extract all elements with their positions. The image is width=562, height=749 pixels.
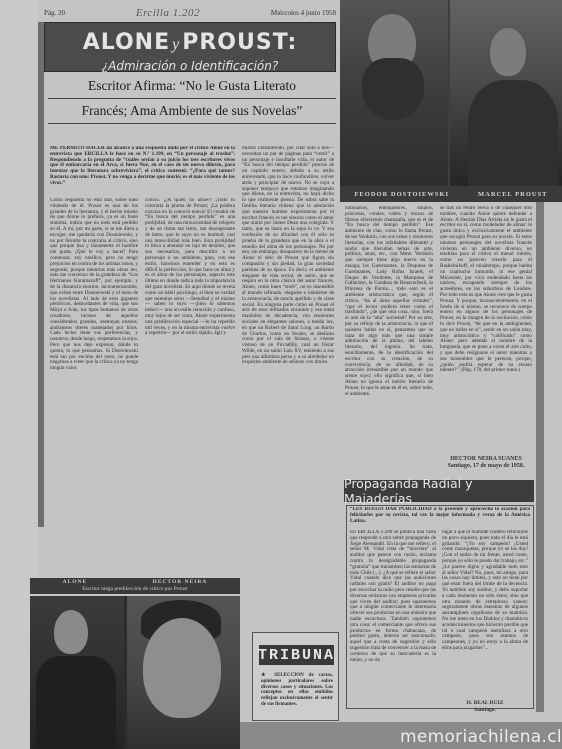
column-rule xyxy=(38,22,44,527)
caption-proust: MARCEL PROUST xyxy=(478,191,548,198)
portrait-photos-top xyxy=(340,0,562,186)
headline-banner: ALONEyPROUST: ¿Admiración o Identificaci… xyxy=(44,22,336,72)
face-shape xyxy=(490,28,526,76)
column-rule-right xyxy=(536,202,544,712)
jacket-shape xyxy=(468,80,558,186)
issue-date: Miércoles 4 junio 1958 xyxy=(271,9,336,17)
watermark: memoriachilena.cl xyxy=(400,727,562,747)
caption-alone: ALONE xyxy=(63,579,88,586)
subheadline-line-2: Francés; Ama Ambiente de sus Novelas” xyxy=(48,99,336,124)
article-column-1: Como respuesta no está mal, sobre todo v… xyxy=(50,198,138,525)
signature-date: Santiago, 17 de mayo de 1958. xyxy=(440,463,532,470)
proust-photo xyxy=(450,0,562,186)
beard-shape xyxy=(362,58,424,120)
alone-photo xyxy=(30,596,124,749)
article-signature: HECTOR NEIRA SUANES Santiago, 17 de mayo… xyxy=(440,456,532,470)
handwritten-issue-note: Ercilla 1.202 xyxy=(136,7,200,19)
tribuna-box: TRIBUNA ★ SELECCION de cartas, opiniones… xyxy=(252,632,339,721)
article-column-2: concio. ¡¿A quién no atrae?! ¡Todo lo co… xyxy=(145,198,235,525)
headline-question: ¿Admiración o Identificación? xyxy=(45,59,335,73)
propaganda-column-2: lugar a que el humilde cordero reflexion… xyxy=(442,530,528,680)
subheadline: Escritor Afirma: “No le Gusta Literato F… xyxy=(48,74,336,124)
subheadline-line-1: Escritor Afirma: “No le Gusta Literato xyxy=(48,74,336,99)
page-header: Pág. 20 Ercilla 1.202 Miércoles 4 junio … xyxy=(44,6,336,20)
article-intro: ME PERMITO HACER un alcance a una respue… xyxy=(50,146,235,198)
tribuna-title: TRIBUNA xyxy=(259,645,334,665)
face-shape xyxy=(143,618,221,718)
caption-text: Escritor niega predilección de crítico p… xyxy=(30,586,240,593)
caption-dostoiewski: FEODOR DOSTOIEWSKI xyxy=(354,191,449,198)
portrait-photos-bottom xyxy=(30,596,240,749)
caption-hector-neira: HECTOR NEIRA xyxy=(153,579,208,586)
headline-title: ALONEyPROUST: xyxy=(45,23,335,59)
suit-shape xyxy=(36,656,116,749)
face-shape xyxy=(54,610,88,654)
tribuna-disclaimer: ★ SELECCION de cartas, opiniones particu… xyxy=(261,673,333,719)
article-column-4: nobiliarios, embajadores, duques, prince… xyxy=(345,206,433,442)
article-column-3: mismo Dostoiewski, por citar sólo a dos—… xyxy=(242,146,334,616)
hector-neira-photo xyxy=(127,596,240,749)
dostoiewski-photo xyxy=(340,0,448,186)
newspaper-page: Pág. 20 Ercilla 1.202 Miércoles 4 junio … xyxy=(0,0,562,749)
bottom-photo-caption: ALONE HECTOR NEIRA Escritor niega predil… xyxy=(30,578,240,594)
top-photo-caption: FEODOR DOSTOIEWSKI MARCEL PROUST xyxy=(340,186,562,202)
signature-place: Santiago. xyxy=(442,707,528,714)
propaganda-signature: H. BEAL RUIZ Santiago. xyxy=(442,700,528,713)
propaganda-intro: “LES RUEGO DAR PUBLICIDAD a la presente … xyxy=(350,507,530,527)
article-column-5: se tras un Pedro Selva o de cualquier ot… xyxy=(440,206,532,436)
propaganda-column-1: En ERCILLA 1.200 se publica una carta qu… xyxy=(350,530,436,706)
propaganda-heading: Propaganda Radial y Majaderías xyxy=(344,480,534,502)
signature-name: HECTOR NEIRA SUANES xyxy=(440,456,532,463)
page-number: Pág. 20 xyxy=(44,9,65,17)
